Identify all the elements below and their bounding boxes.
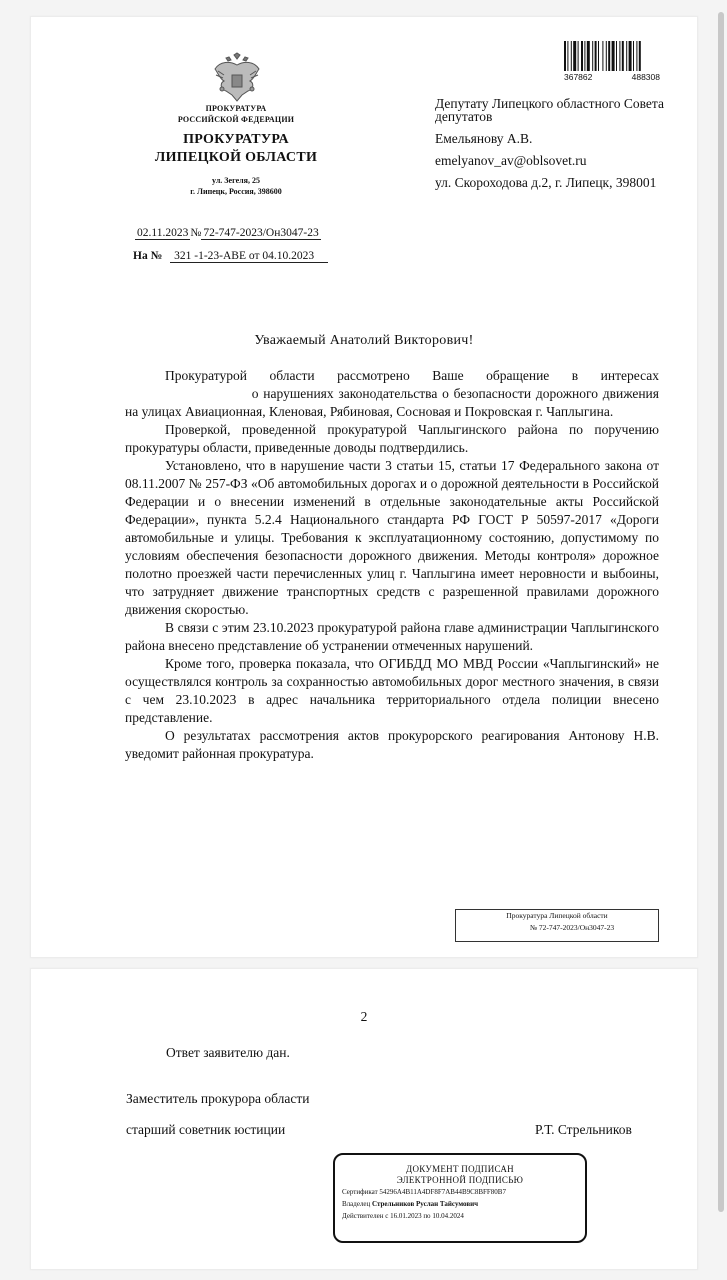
esig-title-line2: ЭЛЕКТРОННОЙ ПОДПИСЬЮ [335, 1175, 585, 1186]
paragraph-1-start: Прокуратурой области рассмотрено Ваше об… [165, 368, 659, 383]
outgoing-date: 02.11.2023 [135, 227, 190, 240]
paragraph-1: Прокуратурой области рассмотрено Ваше об… [125, 367, 659, 421]
barcode-number-right: 488308 [632, 72, 660, 82]
letter-body: Прокуратурой области рассмотрено Ваше об… [125, 367, 659, 763]
valid-from-prefix: с [385, 1212, 388, 1220]
paragraph-3: Установлено, что в нарушение части 3 ста… [125, 457, 659, 619]
incoming-reference: На №321 -1-23-АВЕ от 04.10.2023 [133, 250, 328, 262]
certificate-value: 54296A4B11A4DF8F7AB44B9C8BFF80B7 [379, 1188, 506, 1196]
valid-from: 16.01.2023 [390, 1212, 422, 1220]
org-parent-line2: РОССИЙСКОЙ ФЕДЕРАЦИИ [131, 114, 341, 125]
document-page-2: 2 Ответ заявителю дан. Заместитель проку… [30, 968, 698, 1270]
outgoing-reference: 02.11.2023№72-747-2023/Он3047-23 [135, 227, 321, 239]
org-name: ПРОКУРАТУРА ЛИПЕЦКОЙ ОБЛАСТИ [121, 131, 351, 167]
owner-value: Стрельников Руслан Тайсумович [372, 1200, 478, 1208]
paragraph-5: Кроме того, проверка показала, что ОГИБД… [125, 655, 659, 727]
recipient-address: ул. Скороходова д.2, г. Липецк, 398001 [435, 176, 675, 189]
recipient-name: Емельянову А.В. [435, 132, 675, 145]
page-number: 2 [31, 1009, 697, 1025]
closing-line: Ответ заявителю дан. [166, 1045, 290, 1061]
paragraph-2: Проверкой, проведенной прокуратурой Чапл… [125, 421, 659, 457]
redacted-region [125, 388, 247, 401]
scrollbar-track[interactable] [713, 0, 727, 1280]
owner-label: Владелец [342, 1200, 370, 1208]
org-name-line2: ЛИПЕЦКОЙ ОБЛАСТИ [121, 149, 351, 167]
address-line2: г. Липецк, Россия, 398600 [131, 186, 341, 197]
signer-position-1: Заместитель прокурора области [126, 1091, 310, 1107]
incoming-label: На № [133, 250, 162, 262]
stamp-line1: Прокуратура Липецкой области [456, 910, 658, 922]
org-parent-name: ПРОКУРАТУРА РОССИЙСКОЙ ФЕДЕРАЦИИ [131, 103, 341, 125]
document-page-1: ПРОКУРАТУРА РОССИЙСКОЙ ФЕДЕРАЦИИ ПРОКУРА… [30, 16, 698, 958]
esig-title: ДОКУМЕНТ ПОДПИСАН ЭЛЕКТРОННОЙ ПОДПИСЬЮ [335, 1164, 585, 1186]
valid-to: 10.04.2024 [432, 1212, 464, 1220]
stamp-line2: № 72-747-2023/Он3047-23 [456, 922, 658, 934]
paragraph-4: В связи с этим 23.10.2023 прокуратурой р… [125, 619, 659, 655]
electronic-signature-stamp: ДОКУМЕНТ ПОДПИСАН ЭЛЕКТРОННОЙ ПОДПИСЬЮ С… [333, 1153, 587, 1243]
org-parent-line1: ПРОКУРАТУРА [131, 103, 341, 114]
signer-name: Р.Т. Стрельников [535, 1122, 632, 1138]
barcode-numbers: 367862 488308 [564, 72, 660, 82]
certificate-label: Сертификат [342, 1188, 378, 1196]
salutation: Уважаемый Анатолий Викторович! [31, 333, 697, 349]
esig-title-line1: ДОКУМЕНТ ПОДПИСАН [335, 1164, 585, 1175]
esig-certificate: Сертификат 54296A4B11A4DF8F7AB44B9C8BFF8… [342, 1186, 585, 1198]
recipient-block: Депутату Липецкого областного Совета деп… [435, 97, 675, 198]
outgoing-number: 72-747-2023/Он3047-23 [201, 227, 320, 240]
number-sign: № [190, 227, 201, 239]
esig-validity: Действителен с 16.01.2023 по 10.04.2024 [342, 1210, 585, 1222]
barcode-icon [564, 41, 660, 71]
org-address: ул. Зегеля, 25 г. Липецк, Россия, 398600 [131, 175, 341, 197]
incoming-ref: 321 -1-23-АВЕ от 04.10.2023 [170, 250, 328, 263]
scrollbar-thumb[interactable] [718, 12, 724, 1212]
barcode-number-left: 367862 [564, 72, 592, 82]
valid-label: Действителен [342, 1212, 383, 1220]
paragraph-6: О результатах рассмотрения актов прокуро… [125, 727, 659, 763]
recipient-email: emelyanov_av@oblsovet.ru [435, 154, 675, 167]
org-name-line1: ПРОКУРАТУРА [121, 131, 351, 149]
signer-position-2: старший советник юстиции [126, 1122, 285, 1138]
esig-owner: Владелец Стрельников Руслан Тайсумович [342, 1198, 585, 1210]
russian-coat-of-arms-icon [210, 51, 264, 105]
address-line1: ул. Зегеля, 25 [131, 175, 341, 186]
recipient-title: Депутату Липецкого областного Совета деп… [435, 97, 675, 123]
registration-stamp: Прокуратура Липецкой области № 72-747-20… [455, 909, 659, 942]
valid-to-prefix: по [423, 1212, 430, 1220]
